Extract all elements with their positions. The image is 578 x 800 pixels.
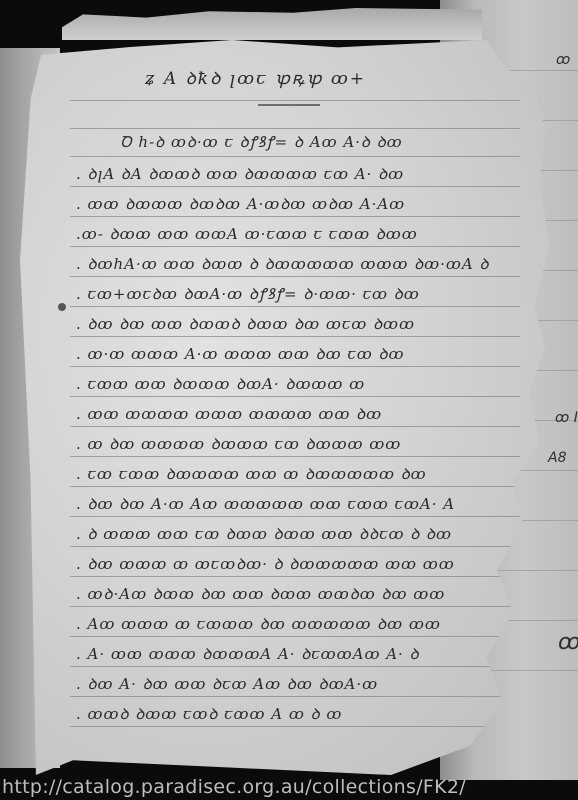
rule-line bbox=[70, 576, 520, 577]
manuscript-line: . ꞇꝏ+ꝏꞇꝺꝏ ꝺꝏA·ꝏ ꝺꝭꝸꝭ= ꝺ·ꝏꝏ· ꞇꝏ ꝺꝏ bbox=[76, 284, 526, 306]
manuscript-line: . ꝏ ꝺꝏ ꝏꝏꝏꝏ ꝺꝏꝏꝏ ꞇꝏ ꝺꝏꝏꝏ ꝏꝏ bbox=[76, 434, 526, 456]
manuscript-line: .ꝏ- ꝺꝏꝏ ꝏꝏ ꝏꝏA ꝏ·ꞇꝏꝏ ꞇ ꞇꝏꝏ ꝺꝏꝏ bbox=[76, 224, 526, 246]
rule-line bbox=[70, 666, 520, 667]
rule-line bbox=[70, 100, 520, 101]
manuscript-line: . ꝏ·ꝏ ꝏꝏꝏ A·ꝏ ꝏꝏꝏ ꝏꝏ ꝺꝏ ꞇꝏ ꝺꝏ bbox=[76, 344, 526, 366]
manuscript-line: . ꝏꝏ ꝏꝏꝏꝏ ꝏꝏꝏ ꝏꝏꝏꝏ ꝏꝏ ꝺꝏ bbox=[76, 404, 526, 426]
rule-line bbox=[70, 726, 520, 727]
manuscript-line: . ꝺꝏ ꝺꝏ ꝏꝏ ꝺꝏꝏꝺ ꝺꝏꝏ ꝺꝏ ꝏꞇꝏ ꝺꝏꝏ bbox=[76, 314, 526, 336]
rule-line bbox=[70, 366, 520, 367]
manuscript-line: . ꞇꝏꝏ ꝏꝏ ꝺꝏꝏꝏ ꝺꝏA· ꝺꝏꝏꝏ ꝏ bbox=[76, 374, 526, 396]
rule-line bbox=[70, 216, 520, 217]
manuscript-line: . ꝏꝺ·Aꝏ ꝺꝏꝏ ꝺꝏ ꝏꝏ ꝺꝏꝏ ꝏꝏꝺꝏ ꝺꝏ ꝏꝏ bbox=[76, 584, 526, 606]
page-title: ʑ A ꝺꝁꝺ ꞁꝏꞇ ꝕꝶꝕ ꝏ+ bbox=[145, 66, 366, 89]
rule-line bbox=[70, 606, 520, 607]
rule-line bbox=[70, 696, 520, 697]
rule-line bbox=[70, 186, 520, 187]
rule-line bbox=[70, 456, 520, 457]
rule-line bbox=[70, 306, 520, 307]
manuscript-line: . ꝏꝏ ꝺꝏꝏꝏ ꝺꝏꝺꝏ A·ꝏꝺꝏ ꝏꝺꝏ A·Aꝏ bbox=[76, 194, 526, 216]
manuscript-line: . ꝺꝏ ꝏꝏꝏ ꝏ ꝏꞇꝏꝺꝏ· ꝺ ꝺꝏꝏꝏꝏꝏ ꝏꝏ ꝏꝏ bbox=[76, 554, 526, 576]
manuscript-line: . ꝺꝏ A· ꝺꝏ ꝏꝏ ꝺꞇꝏ Aꝏ ꝺꝏ ꝺꝏA·ꝏ bbox=[76, 674, 526, 696]
manuscript-line: . A· ꝏꝏ ꝏꝏꝏ ꝺꝏꝏꝏA A· ꝺꞇꝏꝏAꝏ A· ꝺ bbox=[76, 644, 526, 666]
rule-line bbox=[70, 546, 520, 547]
back-page-mark: ꝏ I bbox=[555, 410, 578, 426]
paper-hole bbox=[58, 303, 66, 311]
rule-line bbox=[70, 128, 520, 129]
rule-line bbox=[70, 276, 520, 277]
rule-line bbox=[70, 486, 520, 487]
rule-line bbox=[70, 516, 520, 517]
back-page-mark: ꝏ bbox=[556, 52, 570, 68]
manuscript-line: . ꞇꝏ ꞇꝏꝏ ꝺꝏꝏꝏꝏ ꝏꝏ ꝏ ꝺꝏꝏꝏꝏꝏ ꝺꝏ bbox=[76, 464, 526, 486]
back-page-mark: ꝏ bbox=[558, 630, 578, 655]
manuscript-line: Ꝺ h-ꝺ ꝏꝺ·ꝏ ꞇ ꝺꝭꝸꝭ= ꝺ Aꝏ A·ꝺ ꝺꝏ bbox=[120, 132, 570, 154]
manuscript-line: . ꝺꞁA ꝺA ꝺꝏꝏꝺ ꝏꝏ ꝺꝏꝏꝏꝏ ꞇꝏ A· ꝺꝏ bbox=[76, 164, 526, 186]
manuscript-page: ʑ A ꝺꝁꝺ ꞁꝏꞇ ꝕꝶꝕ ꝏ+ Ꝺ h-ꝺ ꝏꝺ·ꝏ ꞇ ꝺꝭꝸꝭ= ꝺ … bbox=[20, 40, 550, 775]
manuscript-line: . ꝏꝏꝺ ꝺꝏꝏ ꞇꝏꝺ ꞇꝏꝏ A ꝏ ꝺ ꝏ bbox=[76, 704, 526, 726]
torn-top-strip bbox=[62, 8, 482, 40]
rule-line bbox=[70, 246, 520, 247]
rule-line bbox=[70, 156, 520, 157]
rule-line bbox=[70, 426, 520, 427]
rule-line bbox=[70, 636, 520, 637]
manuscript-line: . ꝺꝏ ꝺꝏ A·ꝏ Aꝏ ꝏꝏꝏꝏꝏ ꝏꝏ ꞇꝏꝏ ꞇꝏA· A bbox=[76, 494, 526, 516]
manuscript-line: . ꝺ ꝏꝏꝏ ꝏꝏ ꞇꝏ ꝺꝏꝏ ꝺꝏꝏ ꝏꝏ ꝺꝺꞇꝏ ꝺ ꝺꝏ bbox=[76, 524, 526, 546]
back-page-mark: A8 bbox=[548, 450, 566, 466]
title-underline bbox=[258, 104, 320, 106]
manuscript-line: . Aꝏ ꝏꝏꝏ ꝏ ꞇꝏꝏꝏ ꝺꝏ ꝏꝏꝏꝏꝏ ꝺꝏ ꝏꝏ bbox=[76, 614, 526, 636]
catalog-url-watermark: http://catalog.paradisec.org.au/collecti… bbox=[2, 776, 466, 798]
rule-line bbox=[70, 336, 520, 337]
manuscript-line: . ꝺꝏhA·ꝏ ꝏꝏ ꝺꝏꝏ ꝺ ꝺꝏꝏꝏꝏꝏ ꝏꝏꝏ ꝺꝏ·ꝏA ꝺ bbox=[76, 254, 526, 276]
rule-line bbox=[70, 396, 520, 397]
